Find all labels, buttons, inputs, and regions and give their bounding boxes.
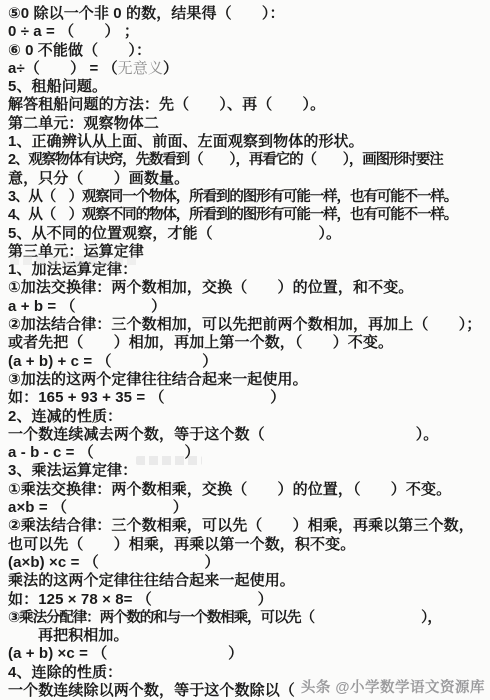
text-line: ③加法的这两个定律往往结合起来一起使用。 bbox=[8, 371, 488, 389]
text-segment: 无意义 bbox=[118, 60, 163, 77]
text-line: 乘法的这两个定律往往结合起来一起使用。 bbox=[8, 572, 488, 590]
faint-watermark bbox=[136, 456, 202, 465]
text-line: 如：165 + 93 + 35 = （ ） bbox=[8, 389, 488, 407]
text-line: 4、从（ ）观察不同的物体，所看到的图形有可能一样，也有可能不一样。 bbox=[8, 206, 488, 224]
text-line: (a + b) + c = （ ） bbox=[8, 353, 488, 371]
text-line: a + b = （ ） bbox=[8, 298, 488, 316]
text-line: ⑤0 除以一个非 0 的数，结果得（ ）： bbox=[8, 5, 488, 23]
text-segment: ） bbox=[163, 60, 178, 77]
text-line: ①乘法交换律：两个数相乘，交换（ ）的位置，（ ）不变。 bbox=[8, 481, 488, 499]
text-line: a÷（ ） = （无意义） bbox=[8, 60, 488, 78]
text-line: (a + b) ×c = （ ） bbox=[8, 645, 488, 663]
text-line: (a×b) ×c = （ ） bbox=[8, 554, 488, 572]
text-line: 或者先把（ ）相加，再加上第一个数，（ ）不变。 bbox=[8, 334, 488, 352]
text-line: 1、正确辨认从上面、前面、左面观察到物体的形状。 bbox=[8, 133, 488, 151]
worksheet-text: ⑤0 除以一个非 0 的数，结果得（ ）：0 ÷ a = （ ） ；⑥ 0 不能… bbox=[8, 5, 488, 700]
worksheet-page: ⑤0 除以一个非 0 的数，结果得（ ）：0 ÷ a = （ ） ；⑥ 0 不能… bbox=[0, 0, 490, 700]
text-line: ⑥ 0 不能做（ ）： bbox=[8, 42, 488, 60]
text-line: 也可以先（ ）相乘，再乘以第一个数，积不变。 bbox=[8, 536, 488, 554]
faint-watermark bbox=[10, 256, 140, 265]
text-line: a×b = （ ） bbox=[8, 499, 488, 517]
text-line: 如：125 × 78 × 8= （ ） bbox=[8, 591, 488, 609]
text-line: 意，只分（ ）画数量。 bbox=[8, 170, 488, 188]
text-line: 0 ÷ a = （ ） ； bbox=[8, 23, 488, 41]
text-line: 3、乘法运算定律： bbox=[8, 462, 488, 480]
text-line: 5、从不同的位置观察，才能（ ）。 bbox=[8, 225, 488, 243]
text-line: ①加法交换律：两个数相加，交换（ ）的位置，和不变。 bbox=[8, 279, 488, 297]
text-line: 3、从（ ）观察同一个物体，所看到的图形有可能一样，也有可能不一样。 bbox=[8, 188, 488, 206]
credit-watermark: 头条 @小学数学语文资源库 bbox=[301, 676, 485, 697]
text-line: 2、观察物体有诀窍，先数看到（ ），再看它的（ ），画图形时要注 bbox=[8, 151, 488, 169]
text-line: ②乘法结合律：三个数相乘，可以先（ ）相乘，再乘以第三个数， bbox=[8, 517, 488, 535]
text-line: 一个数连续减去两个数，等于这个数（ ）。 bbox=[8, 426, 488, 444]
text-line: 5、租船问题。 bbox=[8, 78, 488, 96]
text-line: a - b - c = （ ） bbox=[8, 444, 488, 462]
text-segment: a÷（ ） = （ bbox=[8, 60, 118, 77]
text-line: 第二单元：观察物体二 bbox=[8, 115, 488, 133]
text-line: ②加法结合律：三个数相加，可以先把前两个数相加，再加上（ ）； bbox=[8, 316, 488, 334]
text-line: 解答租船问题的方法：先（ ）、再（ ）。 bbox=[8, 96, 488, 114]
text-line: 再把积相加。 bbox=[8, 627, 488, 645]
text-line: ③乘法分配律：两个数的和与一个数相乘，可以先（ ）， bbox=[8, 609, 488, 627]
text-line: 2、连减的性质： bbox=[8, 408, 488, 426]
